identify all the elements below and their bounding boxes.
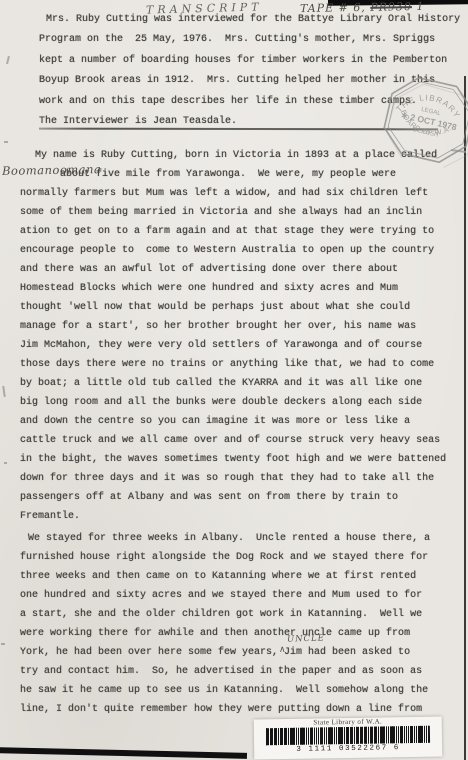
- text-line: Mrs. Ruby Cutting was interviewed for th…: [39, 10, 460, 30]
- scan-edge-bottom-mark: [0, 747, 247, 759]
- text-line: ation to get on to a farm again and at t…: [20, 222, 446, 241]
- body-paragraph-2: We stayed for three weeks in Albany. Unc…: [20, 529, 430, 719]
- text-line: York, he had been over here some few yea…: [20, 643, 430, 662]
- text-line: a start, she and the older children got …: [20, 605, 430, 624]
- text-line: passengers off at Albany and was sent on…: [20, 488, 446, 507]
- text-line: one hundred and sixty acres and we staye…: [20, 586, 430, 605]
- margin-pencil-mark: [4, 462, 7, 464]
- text-line: down for three days and it was so rough …: [20, 469, 446, 488]
- text-line: try and contact him. So, he advertised i…: [20, 662, 430, 681]
- text-line: by boat; a little old tub called the KYA…: [20, 374, 446, 393]
- text-line: he saw it he came up to see us in Katann…: [20, 681, 430, 700]
- text-line: Jim McMahon, they were very old settlers…: [20, 336, 446, 355]
- text-line: those days there were no trains or anyth…: [20, 355, 446, 374]
- text-line: and down the centre so you can imagine i…: [20, 412, 446, 431]
- text-line: three weeks and then came on to Katannin…: [20, 567, 430, 586]
- body-paragraph-1: My name is Ruby Cutting, born in Victori…: [20, 146, 446, 526]
- text-line: were working there for awhile and then a…: [20, 624, 430, 643]
- text-line: Homestead Blocks which were one hundred …: [20, 279, 446, 298]
- text-line: Program on the 25 May, 1976. Mrs. Cuttin…: [39, 30, 460, 50]
- text-line: some of them being married in Victoria a…: [20, 203, 446, 222]
- text-line: furnished house right alongside the Dog …: [20, 548, 430, 567]
- text-line: manage for a start', so her brother brou…: [20, 317, 446, 336]
- text-line: big long room and all the bunks were dou…: [20, 393, 446, 412]
- text-line: We stayed for three weeks in Albany. Unc…: [20, 529, 430, 548]
- stamp-deposit-text: DEPOSIT: [412, 126, 440, 139]
- margin-pencil-mark: [1, 643, 5, 645]
- margin-pencil-mark: [2, 386, 5, 397]
- text-line: thought 'well now that would be perhaps …: [20, 298, 446, 317]
- text-line: cattle truck and we all came over and of…: [20, 431, 446, 450]
- text-line: and there was an awful lot of advertisin…: [20, 260, 446, 279]
- text-line: normally farmers but Mum was left a wido…: [20, 184, 446, 203]
- scanned-transcript-page: TRANSCRIPT TAPE # 6, PR930 1 Boomanooman…: [0, 0, 468, 760]
- barcode-sticker: State Library of W.A. 3 1111 03522267 6: [254, 717, 443, 760]
- text-line: line, I don't quite remember how they we…: [20, 700, 430, 719]
- scan-edge-right-mark: [464, 76, 467, 760]
- text-line: in the bight, the waves sometimes twenty…: [20, 450, 446, 469]
- margin-pencil-mark: [6, 56, 9, 64]
- margin-pencil-mark: [4, 141, 8, 143]
- barcode-number: 3 1111 03522267 6: [254, 743, 442, 756]
- text-line: about five mile from Yarawonga. We were,…: [20, 165, 446, 184]
- text-line: encourage people to come to Western Aust…: [20, 241, 446, 260]
- text-line: Fremantle.: [20, 507, 446, 526]
